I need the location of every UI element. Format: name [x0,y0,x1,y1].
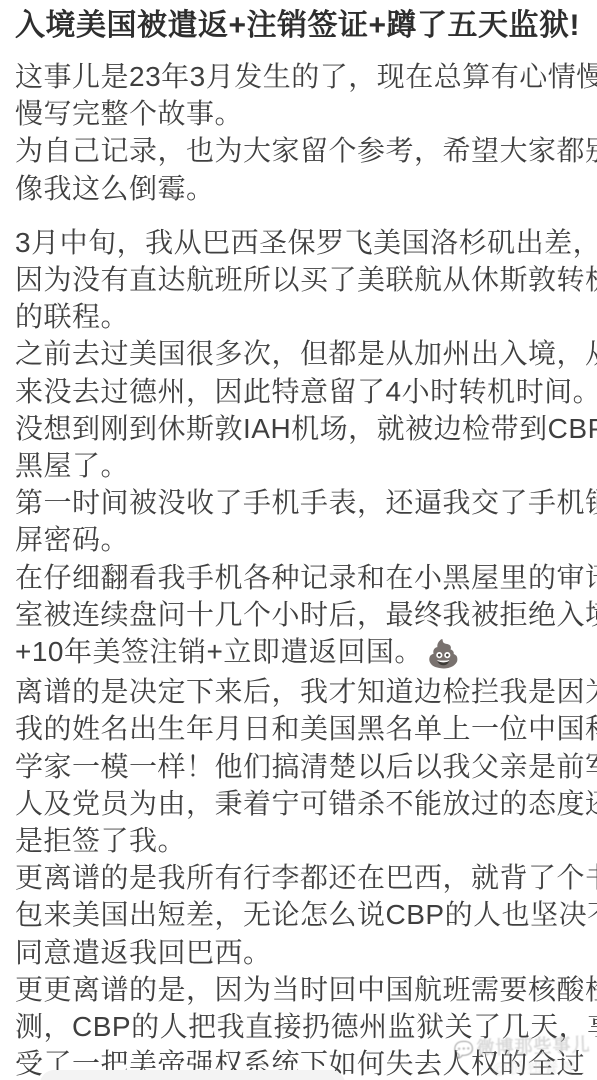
text-line: 这事儿是23年3月发生的了，现在总算有心情慢 [15,58,587,95]
text-line: 之前去过美国很多次，但都是从加州出入境，从 [15,335,587,372]
text-line: 慢写完整个故事。 [15,95,587,132]
text-line: 学家一模一样！他们搞清楚以后以我父亲是前军 [15,748,587,785]
text-line: +10年美签注销+立即遣返回国。💩 [15,633,587,673]
text-line: 没想到刚到休斯敦IAH机场，就被边检带到CBP小 [15,410,587,447]
next-card-peek [40,1070,345,1080]
text-line: 黑屋了。 [15,447,587,484]
text-line: 是拒签了我。 [15,822,587,859]
text-line: 人及党员为由，秉着宁可错杀不能放过的态度还 [15,785,587,822]
text-line: 离谱的是决定下来后，我才知道边检拦我是因为 [15,673,587,710]
text-line: 3月中旬，我从巴西圣保罗飞美国洛杉矶出差， [15,224,587,261]
text-line: 屏密码。 [15,521,587,558]
text-line: 的联程。 [15,298,587,335]
text-line: 测，CBP的人把我直接扔德州监狱关了几天，享 [15,1008,587,1045]
text-line: 第一时间被没收了手机手表，还逼我交了手机锁 [15,484,587,521]
post-body: 入境美国被遣返+注销签证+蹲了五天监狱! 这事儿是23年3月发生的了，现在总算有… [0,0,597,1080]
text-line: 来没去过德州，因此特意留了4小时转机时间。 [15,373,587,410]
paragraph-gap [15,207,587,224]
text-line: 像我这么倒霉。 [15,170,587,207]
text-line: 更更离谱的是，因为当时回中国航班需要核酸检 [15,971,587,1008]
text-line: 室被连续盘问十几个小时后，最终我被拒绝入境 [15,596,587,633]
text-line: 因为没有直达航班所以买了美联航从休斯敦转机 [15,261,587,298]
poop-emoji: 💩 [427,639,461,669]
post-title: 入境美国被遣返+注销签证+蹲了五天监狱! [15,6,587,46]
text-line: 为自己记录，也为大家留个参考，希望大家都别 [15,132,587,169]
text-line: 包来美国出短差，无论怎么说CBP的人也坚决不 [15,896,587,933]
text-line: 在仔细翻看我手机各种记录和在小黑屋里的审讯 [15,559,587,596]
text-line-fragment: +10年美签注销+立即遣返回国。 [15,636,423,667]
text-line: 我的姓名出生年月日和美国黑名单上一位中国科 [15,710,587,747]
text-line: 更离谱的是我所有行李都还在巴西，就背了个书 [15,859,587,896]
text-line: 同意遣返我回巴西。 [15,934,587,971]
